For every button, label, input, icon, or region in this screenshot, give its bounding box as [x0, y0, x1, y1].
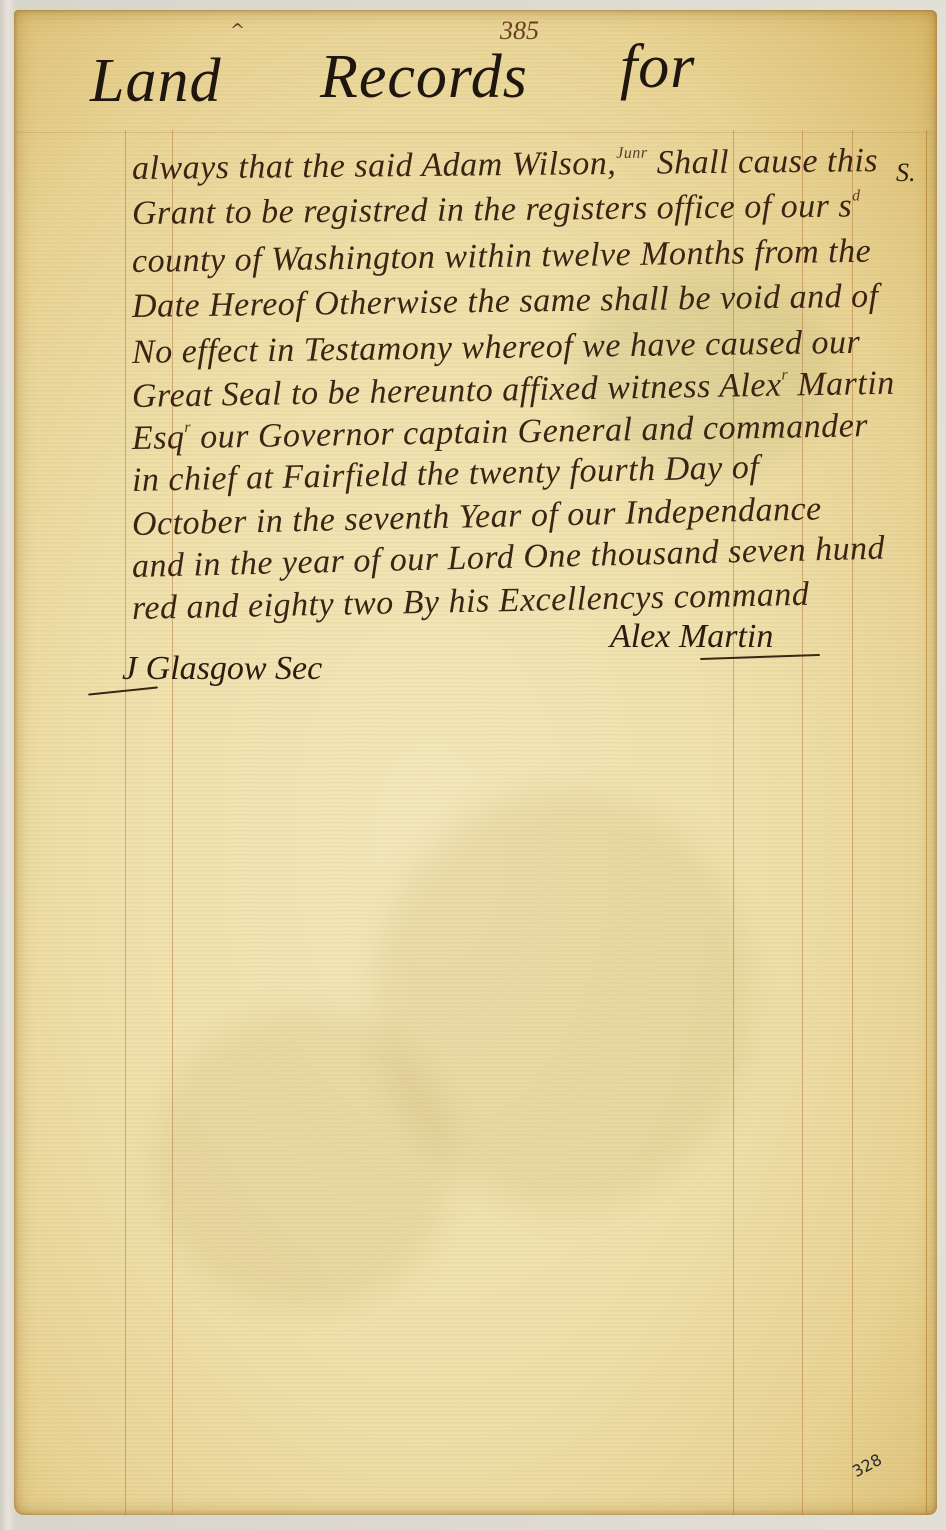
line-text: Esq: [132, 419, 185, 457]
body-line: always that the said Adam Wilson,Junr Sh…: [132, 142, 878, 188]
line-text: By his Excellencys command: [393, 576, 809, 622]
header-word-for: for: [620, 32, 695, 103]
header-word-land: Land: [90, 46, 221, 117]
margin-rule-line: [125, 130, 126, 1515]
superscript: Junr: [616, 145, 648, 162]
signature-governor: Alex Martin: [610, 618, 773, 656]
line-text: One thousand seven hund: [514, 530, 886, 576]
insertion-caret: ^: [230, 20, 245, 41]
superscript: d: [852, 187, 861, 204]
line-text: Shall cause this: [647, 142, 878, 181]
page-header: ^ 385 Land Records for: [90, 22, 850, 132]
line-text: and in the year of our Lord: [132, 539, 515, 585]
header-word-records: Records: [320, 42, 528, 113]
superscript: r: [781, 367, 788, 384]
water-stain: [154, 1010, 454, 1310]
column-rule-line: [926, 130, 927, 1515]
line-text: Grant to be registred in the registers o…: [132, 187, 853, 232]
margin-mark: S.: [896, 158, 916, 188]
header-rule-line: [14, 132, 937, 133]
line-text: Martin: [788, 365, 895, 404]
superscript: r: [184, 419, 191, 436]
line-text: red and eighty two: [132, 585, 394, 627]
body-line: Grant to be registred in the registers o…: [132, 187, 861, 233]
signature-secretary: J Glasgow Sec: [122, 650, 322, 688]
line-text: always that the said Adam Wilson,: [132, 145, 617, 187]
